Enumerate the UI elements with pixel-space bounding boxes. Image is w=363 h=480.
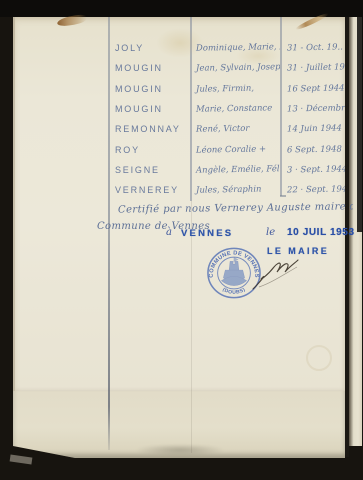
underlying-page-corner xyxy=(10,455,33,465)
surname-cell: VERNEREY xyxy=(108,185,190,195)
given-names-cell: Jean, Sylvain, Joseph xyxy=(190,63,280,75)
table-row: MOUGIN Jean, Sylvain, Joseph 31 · Juille… xyxy=(108,58,345,78)
surname-cell: ROY xyxy=(108,145,190,155)
date-cell: 3 · Sept. 1944 xyxy=(280,164,345,175)
given-names-cell: Jules, Firmin, xyxy=(190,83,280,95)
surname-cell: JOLY xyxy=(108,43,190,53)
surname-cell: MOUGIN xyxy=(108,84,190,94)
given-names-cell: Dominique, Marie, François xyxy=(190,42,280,54)
table-row: SEIGNE Angèle, Emélie, Félicie 3 · Sept.… xyxy=(108,160,345,180)
date-stamp: 10 JUIL 1953 xyxy=(287,227,355,238)
table-row: VERNEREY Jules, Séraphin 22 · Sept. 1944 xyxy=(108,180,345,200)
table-row: JOLY Dominique, Marie, François 31 - Oct… xyxy=(108,38,345,58)
underlying-page-edge xyxy=(13,391,345,458)
date-cell: 14 Juin 1944 xyxy=(280,124,345,135)
handwritten-le: le xyxy=(266,227,275,238)
scanned-document: JOLY Dominique, Marie, François 31 - Oct… xyxy=(0,0,363,480)
scan-background-top xyxy=(0,0,363,17)
given-names-cell: Léone Coralie + xyxy=(190,144,280,156)
table-row: ROY Léone Coralie + 6 Sept. 1948 xyxy=(108,139,345,159)
date-cell: 31 - Oct. 19.. xyxy=(280,43,345,54)
registry-table: JOLY Dominique, Marie, François 31 - Oct… xyxy=(108,17,345,200)
surname-cell: MOUGIN xyxy=(108,63,190,73)
mayor-signature xyxy=(243,245,305,293)
adjacent-page-shadow xyxy=(357,17,363,232)
date-cell: 16 Sept 1944 xyxy=(280,83,345,94)
surname-cell: MOUGIN xyxy=(108,104,190,114)
place-stamp: VENNES xyxy=(181,228,233,239)
table-row: REMONNAY René, Victor 14 Juin 1944 xyxy=(108,119,345,139)
date-cell: 6 Sept. 1948 xyxy=(280,144,345,155)
date-cell: 31 · Juillet 1945 xyxy=(280,63,345,74)
given-names-cell: Marie, Constance xyxy=(190,103,280,115)
given-names-cell: Jules, Séraphin xyxy=(190,184,280,196)
given-names-cell: René, Victor xyxy=(190,124,280,136)
surname-cell: SEIGNE xyxy=(108,165,190,175)
handwritten-a: à xyxy=(166,227,172,238)
table-row: MOUGIN Jules, Firmin, 16 Sept 1944 xyxy=(108,79,345,99)
surname-cell: REMONNAY xyxy=(108,124,190,134)
date-cell: 22 · Sept. 1944 xyxy=(280,185,345,196)
given-names-cell: Angèle, Emélie, Félicie xyxy=(190,164,280,176)
date-cell: 13 · Décembre 1946 xyxy=(280,103,345,114)
table-row: MOUGIN Marie, Constance 13 · Décembre 19… xyxy=(108,99,345,119)
